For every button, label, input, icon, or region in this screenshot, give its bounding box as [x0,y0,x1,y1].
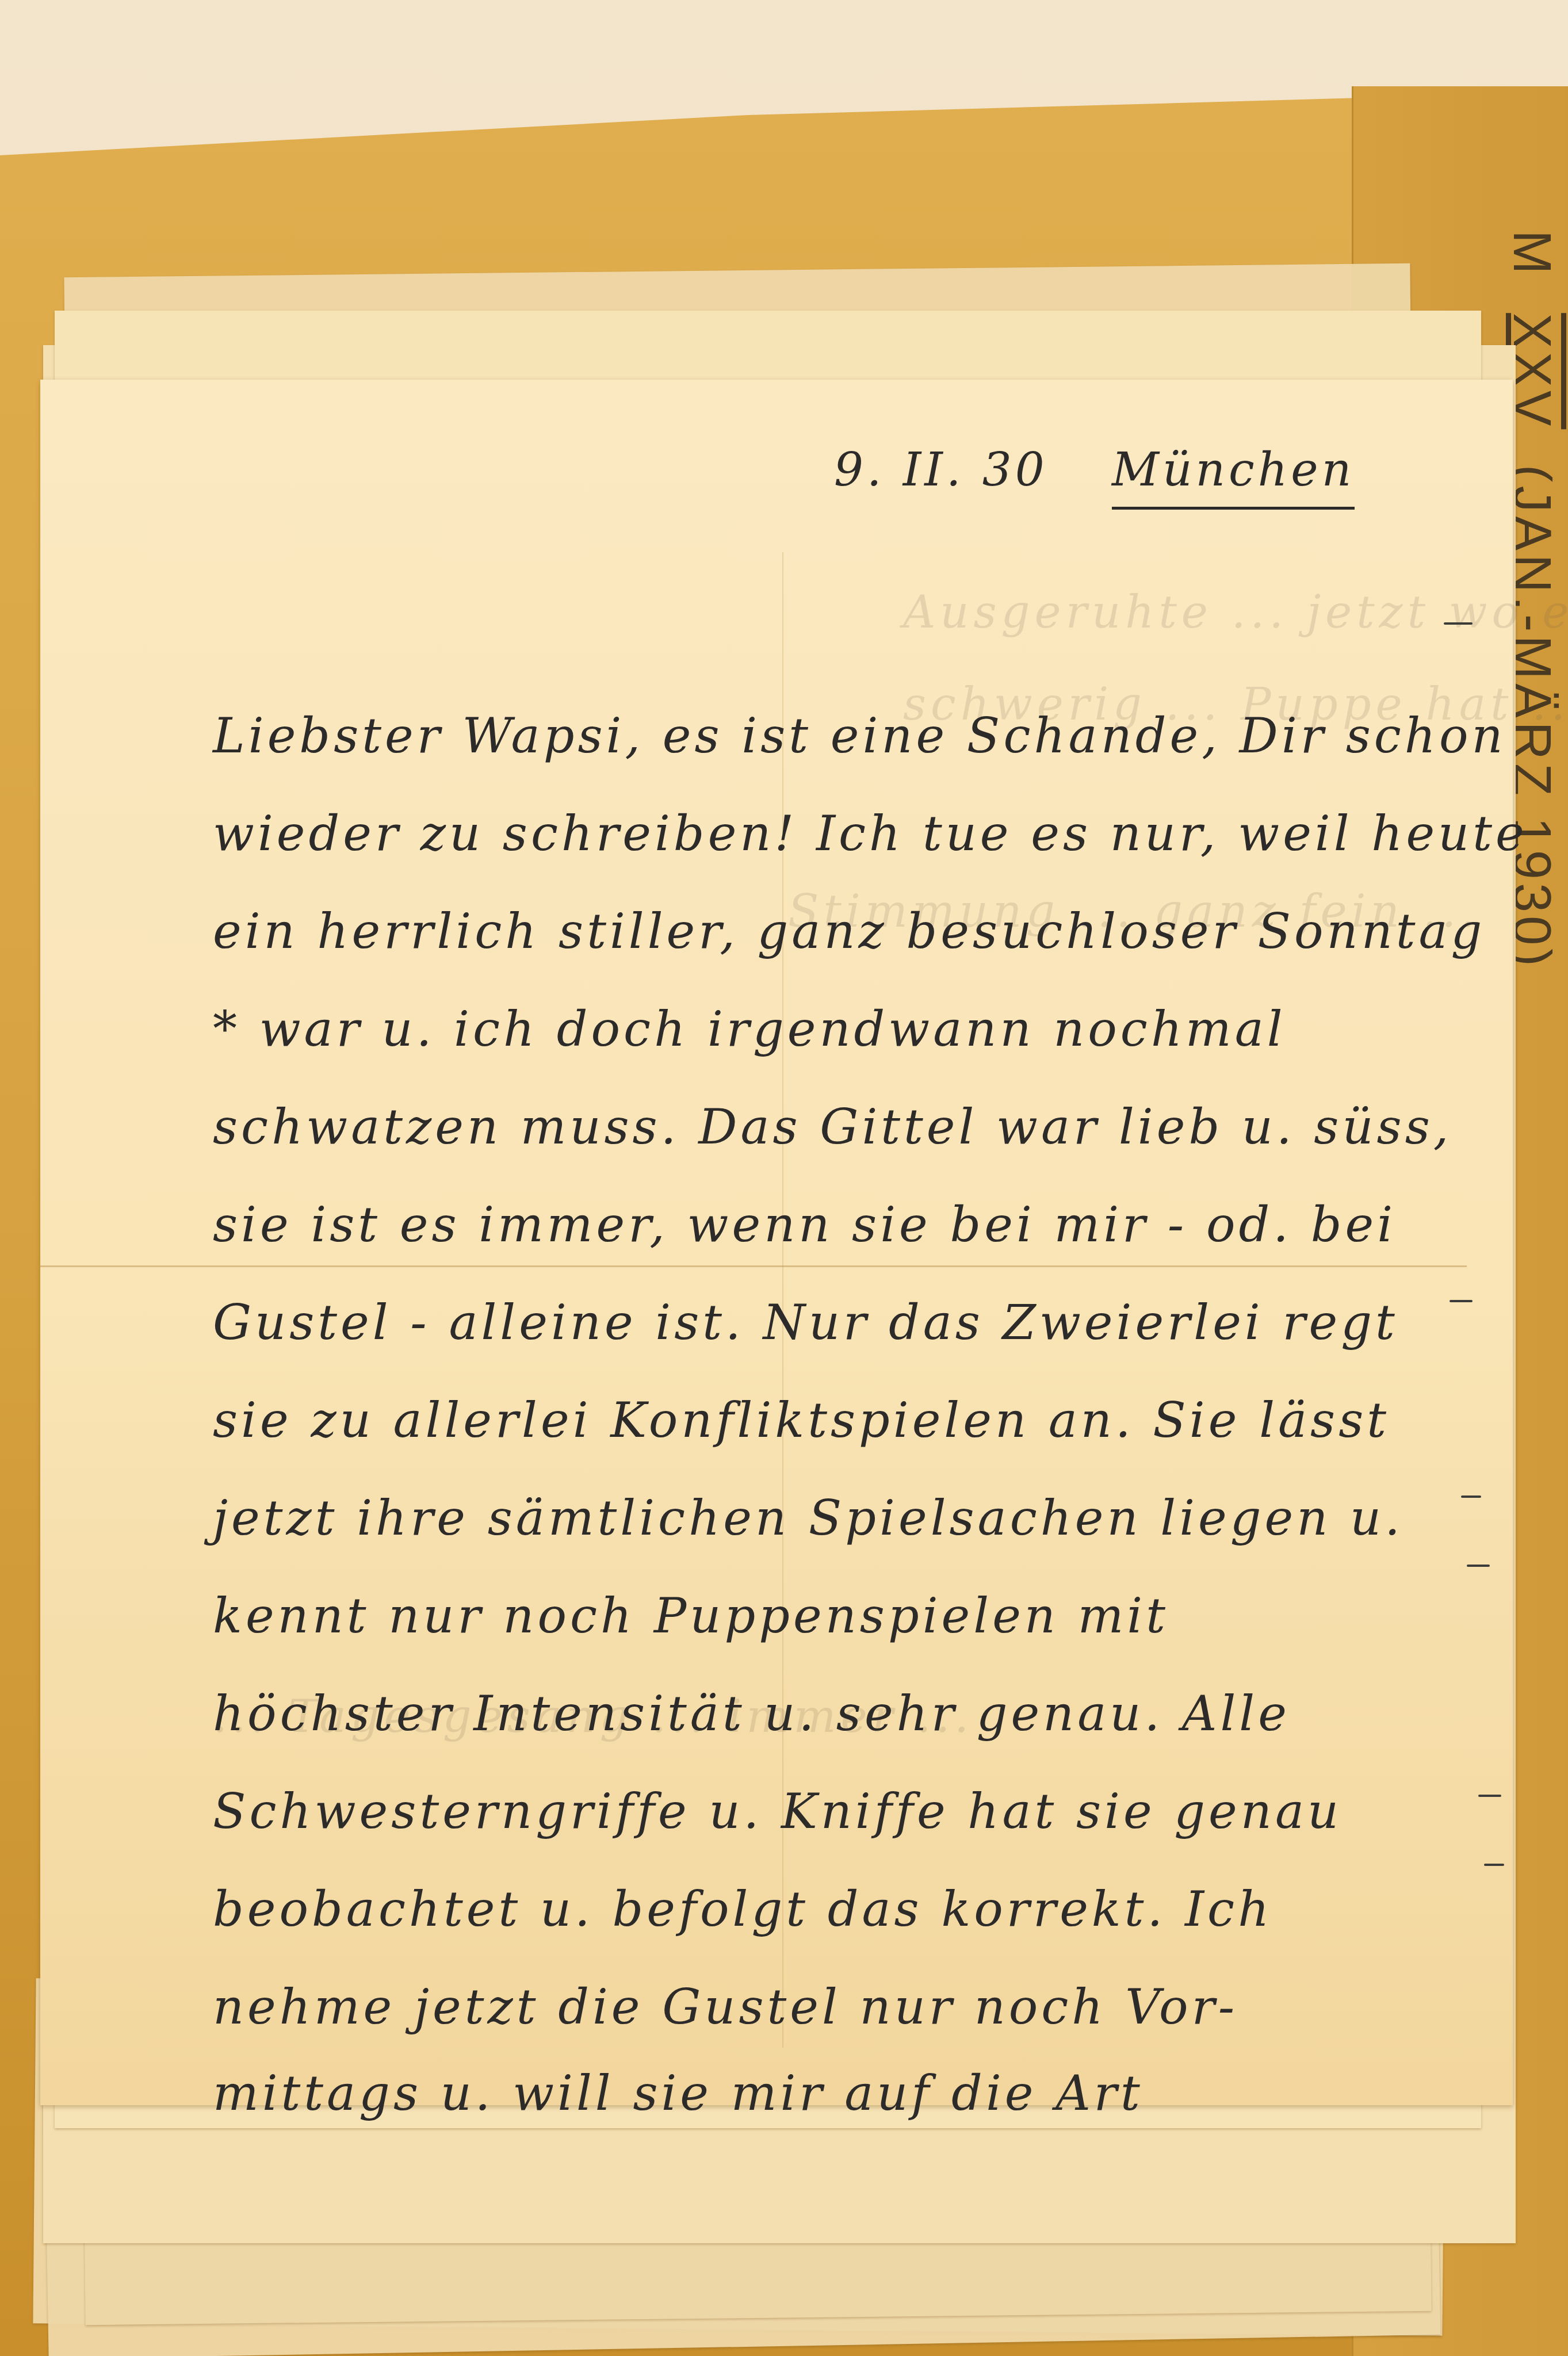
letter-line: beobachtet u. befolgt das korrekt. Ich [213,1881,1272,1937]
letter-line: mittags u. will sie mir auf die Art [213,2065,1144,2121]
letter-line: nehme jetzt die Gustel nur noch Vor- [213,1979,1238,2035]
letter-line: Gustel - alleine ist. Nur das Zweierlei … [213,1294,1398,1351]
letter-line: wieder zu schreiben! Ich tue es nur, wei… [213,805,1528,862]
bleed-through-text: Ausgeruhte ... jetzt wo es ... [903,587,1568,638]
letter-dateline: 9. II. 30 München [834,443,1355,496]
letter-place: München [1112,443,1355,510]
letter-line: schwatzen muss. Das Gittel war lieb u. s… [213,1099,1452,1155]
letter-line: jetzt ihre sämtlichen Spielsachen liegen… [213,1490,1403,1546]
letter-line: ein herrlich stiller, ganz besuchloser S… [213,903,1485,959]
folder-label-prefix: M [1502,230,1561,278]
letter-line: sie ist es immer, wenn sie bei mir - od.… [213,1196,1396,1253]
letter-line: höchster Intensität u. sehr genau. Alle [213,1685,1290,1742]
letter-date: 9. II. 30 [834,443,1048,496]
letter-line: sie zu allerlei Konfliktspielen an. Sie … [213,1392,1390,1448]
horizontal-fold [40,1265,1467,1267]
letter-line: kennt nur noch Puppenspielen mit [213,1588,1169,1644]
letter-line: * war u. ich doch irgendwann nochmal [213,1001,1286,1057]
letter-line: Liebster Wapsi, es ist eine Schande, Dir… [213,707,1506,764]
letter-line: Schwesterngriffe u. Kniffe hat sie genau [213,1783,1342,1839]
letter-page: Ausgeruhte ... jetzt wo es ... schwerig … [40,380,1513,2105]
